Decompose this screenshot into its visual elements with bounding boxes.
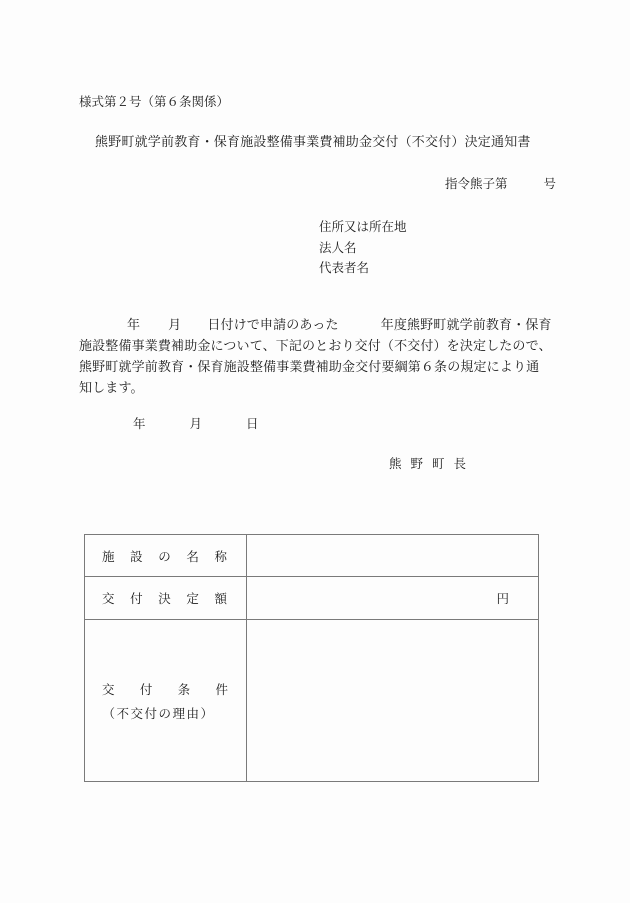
recipient-block: 住所又は所在地 法人名 代表者名 — [319, 217, 407, 279]
document-title: 熊野町就学前教育・保育施設整備事業費補助金交付（不交付）決定通知書 — [95, 136, 531, 149]
grant-amount-value[interactable]: 円 — [247, 577, 539, 620]
body-line-1: 年月日付けで申請のあった年度熊野町就学前教育・保育 — [79, 315, 551, 336]
body-line-4: 知します。 — [79, 378, 551, 399]
reference-suffix: 号 — [544, 176, 557, 191]
reference-prefix: 指令熊子第 — [445, 176, 508, 191]
body-line-3: 熊野町就学前教育・保育施設整備事業費補助金交付要綱第６条の規定により通 — [79, 357, 551, 378]
facility-name-value[interactable] — [247, 535, 539, 577]
facility-name-label: 施 設 の 名 称 — [85, 535, 247, 577]
table-row-facility-name: 施 設 の 名 称 — [85, 535, 539, 577]
representative-name-label: 代表者名 — [319, 258, 407, 279]
issue-date: 年月日 — [133, 418, 259, 431]
address-label: 住所又は所在地 — [319, 217, 407, 238]
form-number: 様式第２号（第６条関係） — [79, 96, 229, 109]
issue-month: 月 — [190, 416, 203, 431]
table-row-grant-conditions: 交 付 条 件 （不交付の理由） — [85, 620, 539, 782]
grant-info-table: 施 設 の 名 称 交 付 決 定 額 円 交 付 — [84, 534, 539, 782]
reference-number: 指令熊子第号 — [445, 178, 556, 191]
issue-year: 年 — [133, 416, 146, 431]
body-line-2: 施設整備事業費補助金について、下記のとおり交付（不交付）を決定したので、 — [79, 336, 551, 357]
application-day-text: 日付けで申請のあった — [207, 318, 338, 333]
table-row-grant-amount: 交 付 決 定 額 円 — [85, 577, 539, 620]
issuer-title: 熊野町長 — [389, 458, 475, 471]
corporation-name-label: 法人名 — [319, 238, 407, 259]
yen-unit: 円 — [496, 591, 509, 606]
grant-conditions-value[interactable] — [247, 620, 539, 782]
issue-day: 日 — [246, 416, 259, 431]
non-grant-reason-label: （不交付の理由） — [85, 704, 246, 722]
fiscal-year-text: 年度熊野町就学前教育・保育 — [381, 318, 552, 333]
grant-conditions-label: 交 付 条 件 （不交付の理由） — [85, 620, 247, 782]
grant-amount-label: 交 付 決 定 額 — [85, 577, 247, 620]
application-year: 年 — [127, 318, 140, 333]
notice-body: 年月日付けで申請のあった年度熊野町就学前教育・保育 施設整備事業費補助金について… — [79, 315, 551, 399]
application-month: 月 — [168, 318, 181, 333]
